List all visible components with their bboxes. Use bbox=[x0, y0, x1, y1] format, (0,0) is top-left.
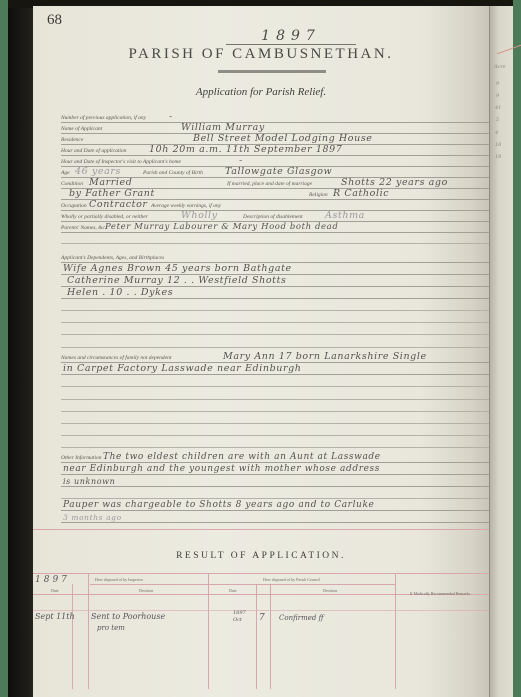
margin-note: 5 bbox=[496, 117, 499, 123]
result-council-month: Oct bbox=[233, 617, 242, 623]
col-divider bbox=[395, 573, 396, 689]
field-value: 46 years bbox=[75, 166, 121, 177]
blank-line bbox=[61, 437, 489, 448]
field-label: Hour and Date of Inspector's visit to Ap… bbox=[61, 159, 181, 165]
field-label: Name of Applicant bbox=[61, 126, 102, 132]
margin-note: 4 bbox=[495, 130, 498, 136]
not-dependent-entry: in Carpet Factory Lasswade near Edinburg… bbox=[63, 363, 302, 374]
margin-note: 9 bbox=[496, 81, 499, 87]
result-council-year: 1897 bbox=[233, 610, 246, 616]
result-table-top bbox=[33, 573, 489, 574]
header-council-decision: Decision bbox=[323, 588, 337, 593]
result-subheader-rule bbox=[90, 584, 396, 585]
field-value: Wholly bbox=[181, 210, 218, 221]
not-dependent-line: Names and circumstances of family not de… bbox=[61, 352, 489, 363]
field-value: Shotts 22 years ago bbox=[341, 177, 448, 188]
field-label: If married, place and date of marriage bbox=[227, 181, 312, 187]
field-label: Parents' Names, &c. bbox=[61, 225, 106, 231]
field-label: Average weekly earnings, if any bbox=[151, 203, 221, 209]
field-value: 10h 20m a.m. 11th September 1897 bbox=[149, 144, 342, 155]
result-council-decision: Confirmed ff bbox=[279, 614, 324, 622]
blank-line bbox=[61, 413, 489, 424]
field-label: Age bbox=[61, 170, 70, 176]
adjacent-page-edge: Acre 9 9 41 5 4 18 18 bbox=[489, 6, 513, 697]
field-value: Asthma bbox=[325, 210, 365, 221]
field-label: Number of previous application, if any bbox=[61, 115, 146, 121]
result-entry-date: Sept 11th bbox=[35, 612, 75, 621]
field-value: - bbox=[239, 155, 243, 166]
field-label: Parish and County of Birth bbox=[143, 170, 203, 176]
field-label: Hour and Date of application bbox=[61, 148, 126, 154]
field-application-date: Hour and Date of application 10h 20m a.m… bbox=[61, 145, 489, 156]
blank-line bbox=[61, 300, 489, 311]
margin-note: 18 bbox=[495, 142, 501, 148]
field-value: Bell Street Model Lodging House bbox=[193, 133, 373, 144]
blank-line bbox=[61, 312, 489, 323]
other-info-line: is unknown bbox=[61, 476, 489, 487]
field-label: Description of disablement bbox=[243, 214, 303, 220]
other-info-line: 3 months ago bbox=[61, 512, 489, 523]
other-info-entry: 3 months ago bbox=[63, 513, 122, 522]
margin-note: 41 bbox=[495, 105, 501, 111]
col-divider bbox=[208, 573, 209, 689]
margin-note: 9 bbox=[496, 93, 499, 99]
field-value: R Catholic bbox=[333, 188, 389, 199]
result-top-rule bbox=[33, 529, 489, 530]
field-value: Peter Murray Labourer & Mary Hood both d… bbox=[105, 222, 338, 232]
other-info-entry: The two eldest children are with an Aunt… bbox=[103, 452, 381, 462]
other-info-line: Other Information The two eldest childre… bbox=[61, 452, 489, 463]
blank-line bbox=[61, 488, 489, 499]
not-dependent-line: in Carpet Factory Lasswade near Edinburg… bbox=[61, 364, 489, 375]
book-binding bbox=[8, 0, 36, 697]
blank-line bbox=[61, 425, 489, 436]
field-value: Married bbox=[89, 177, 132, 188]
dependents-label: Applicant's Dependents, Ages, and Birthp… bbox=[61, 255, 164, 261]
field-label: Occupation bbox=[61, 203, 87, 209]
blank-line bbox=[61, 376, 489, 387]
blank-line bbox=[61, 389, 489, 400]
col-divider bbox=[72, 584, 73, 689]
blank-line bbox=[61, 324, 489, 335]
header-date: Date bbox=[51, 588, 59, 593]
result-entry-decision-cont: pro tem bbox=[97, 624, 125, 632]
other-info-label: Other Information bbox=[61, 455, 102, 461]
field-label: Condition bbox=[61, 181, 83, 187]
result-council-day: 7 bbox=[259, 613, 265, 623]
result-row-rule bbox=[33, 610, 489, 611]
other-info-line: Pauper was chargeable to Shotts 8 years … bbox=[61, 500, 489, 511]
field-label: Religion bbox=[309, 192, 328, 198]
dependent-line: Catherine Murray 12 . . Westfield Shotts bbox=[61, 276, 489, 287]
field-disablement: Wholly or partially disabled, or neither… bbox=[61, 211, 489, 222]
not-dependent-label: Names and circumstances of family not de… bbox=[61, 355, 171, 361]
field-value: - bbox=[169, 111, 173, 122]
field-parents: Parents' Names, &c. Peter Murray Laboure… bbox=[61, 222, 489, 233]
dependent-entry: Helen . 10 . . Dykes bbox=[67, 287, 173, 298]
blank-line bbox=[61, 337, 489, 348]
dependent-line: Wife Agnes Brown 45 years born Bathgate bbox=[61, 264, 489, 275]
parish-title: PARISH OF CAMBUSNETHAN. bbox=[33, 46, 489, 63]
header-council: How disposed of by Parish Council bbox=[263, 577, 320, 582]
field-label: Wholly or partially disabled, or neither bbox=[61, 214, 148, 220]
result-title: RESULT OF APPLICATION. bbox=[33, 551, 489, 561]
other-info-line: near Edinburgh and the youngest with mot… bbox=[61, 464, 489, 475]
result-year: 1897 bbox=[35, 575, 70, 585]
margin-note: 18 bbox=[495, 154, 501, 160]
other-info-entry: Pauper was chargeable to Shotts 8 years … bbox=[63, 500, 374, 510]
title-divider bbox=[218, 70, 326, 73]
field-value: by Father Grant bbox=[69, 188, 155, 199]
page-number: 68 bbox=[47, 12, 62, 29]
not-dependent-entry: Mary Ann 17 born Lanarkshire Single bbox=[223, 351, 427, 362]
header-decision: Decision bbox=[139, 588, 153, 593]
year-heading: 1897 bbox=[226, 29, 356, 45]
ledger-page: 68 1897 PARISH OF CAMBUSNETHAN. Applicat… bbox=[33, 6, 489, 697]
col-divider bbox=[88, 573, 89, 689]
dependent-entry: Catherine Murray 12 . . Westfield Shotts bbox=[67, 275, 286, 286]
field-value: Contractor bbox=[89, 199, 148, 210]
field-label: Residence bbox=[61, 137, 83, 143]
form-subtitle: Application for Parish Relief. bbox=[33, 86, 489, 98]
field-previous-application: Number of previous application, if any - bbox=[61, 112, 489, 123]
dependent-entry: Wife Agnes Brown 45 years born Bathgate bbox=[63, 263, 292, 274]
field-occupation: Occupation Contractor Average weekly ear… bbox=[61, 200, 489, 211]
blank-line bbox=[61, 233, 489, 244]
other-info-entry: near Edinburgh and the youngest with mot… bbox=[63, 464, 380, 474]
dependents-header: Applicant's Dependents, Ages, and Birthp… bbox=[61, 252, 489, 263]
header-inspector: How disposed of by Inspector bbox=[95, 577, 143, 582]
header-council-date: Date bbox=[229, 588, 237, 593]
blank-line bbox=[61, 401, 489, 412]
other-info-entry: is unknown bbox=[63, 477, 115, 486]
col-divider bbox=[256, 584, 257, 689]
result-entry-decision: Sent to Poorhouse bbox=[91, 612, 165, 621]
col-divider bbox=[270, 584, 271, 689]
field-value: William Murray bbox=[181, 122, 265, 133]
header-remarks: If Medically Recommended Remarks bbox=[405, 591, 475, 596]
field-value: Tallowgate Glasgow bbox=[225, 166, 332, 177]
dependent-line: Helen . 10 . . Dykes bbox=[61, 288, 489, 299]
